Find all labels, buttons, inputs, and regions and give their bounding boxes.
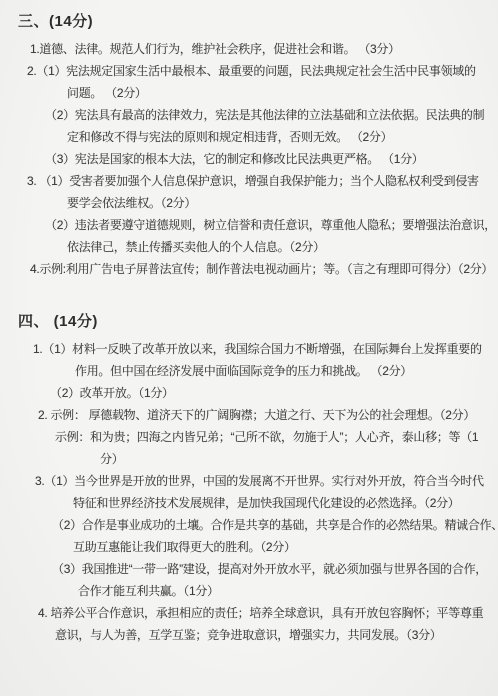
- answer-line-q3-1b: 特征和世界经济技术发展规律，是加快我国现代化建设的必然选择。（2分）: [0, 492, 498, 514]
- section-three-heading: 三、(14分): [0, 10, 498, 34]
- answer-line-q3-2b: 互助互惠能让我们取得更大的胜利。（2分）: [0, 536, 498, 558]
- answer-line-q3-1: 3. （1）受害者要加强个人信息保护意识，增强自我保护能力；当个人隐私权利受到侵…: [0, 170, 498, 192]
- section-four: 四、 (14分) 1.（1）材料一反映了改革开放以来，我国综合国力不断增强，在国…: [0, 310, 498, 646]
- answer-line-q3-2: （2）合作是事业成功的土壤。合作是共享的基础，共享是合作的必然结果。精诚合作、: [0, 514, 498, 536]
- section-three: 三、(14分) 1.道德、法律。规范人们行为，维护社会秩序，促进社会和谐。 （3…: [0, 10, 498, 280]
- answer-line-q2-1: 2.（1）宪法规定国家生活中最根本、最重要的问题，民法典规定社会生活中民事领域的: [0, 60, 498, 82]
- answer-line-q3-2b: 依法律己，禁止传播买卖他人的个人信息。（2分）: [0, 236, 498, 258]
- answer-line-q1: 1.道德、法律。规范人们行为，维护社会秩序，促进社会和谐。 （3分）: [0, 38, 498, 60]
- answer-line-q2b: 示例：和为贵；四海之内皆兄弟；“己所不欲，勿施于人”；人心齐，泰山移；等（1: [0, 426, 498, 448]
- scanned-answer-key-page: { "colors": { "background": "#f4f4f2", "…: [0, 0, 498, 696]
- answer-line-q4a: 4. 培养公平合作意识，承担相应的责任；培养全球意识，具有开放包容胸怀；平等尊重: [0, 602, 498, 624]
- answer-key-document: 三、(14分) 1.道德、法律。规范人们行为，维护社会秩序，促进社会和谐。 （3…: [0, 0, 498, 696]
- answer-line-q3-3b: 合作才能互利共赢。（1分）: [0, 580, 498, 602]
- answer-line-q2a: 2. 示例： 厚德载物、道济天下的广阔胸襟；大道之行、天下为公的社会理想。（2分…: [0, 404, 498, 426]
- answer-line-q4b: 意识，与人为善，互学互鉴；竞争进取意识，增强实力，共同发展。（3分）: [0, 624, 498, 646]
- answer-line-q3-1b: 要学会依法维权。（2分）: [0, 192, 498, 214]
- answer-line-q2-2: （2）宪法具有最高的法律效力，宪法是其他法律的立法基础和立法依据。民法典的制: [0, 104, 498, 126]
- answer-line-q4: 4.示例:利用广告电子屏普法宣传；制作普法电视动画片；等。（言之有理即可得分）（…: [0, 258, 498, 280]
- answer-line-q2-3: （3）宪法是国家的根本大法，它的制定和修改比民法典更严格。 （1分）: [0, 148, 498, 170]
- answer-line-q3-1: 3.（1）当今世界是开放的世界，中国的发展离不开世界。实行对外开放，符合当今时代: [0, 470, 498, 492]
- answer-line-q2c: 分）: [0, 448, 498, 470]
- section-four-heading: 四、 (14分): [0, 310, 498, 334]
- answer-line-q3-2: （2）违法者要遵守道德规则，树立信誉和责任意识，尊重他人隐私；要增强法治意识，: [0, 214, 498, 236]
- answer-line-q1-2: （2）改革开放。（1分）: [0, 382, 498, 404]
- answer-line-q1-1b: 作用。但中国在经济发展中面临国际竞争的压力和挑战。 （2分）: [0, 360, 498, 382]
- answer-line-q1-1: 1.（1）材料一反映了改革开放以来，我国综合国力不断增强，在国际舞台上发挥重要的: [0, 338, 498, 360]
- answer-line-q2-2b: 定和修改不得与宪法的原则和规定相违背，否则无效。 （2分）: [0, 126, 498, 148]
- answer-line-q2-1b: 问题。 （2分）: [0, 82, 498, 104]
- answer-line-q3-3: （3）我国推进“一带一路”建设，提高对外开放水平，就必须加强与世界各国的合作，: [0, 558, 498, 580]
